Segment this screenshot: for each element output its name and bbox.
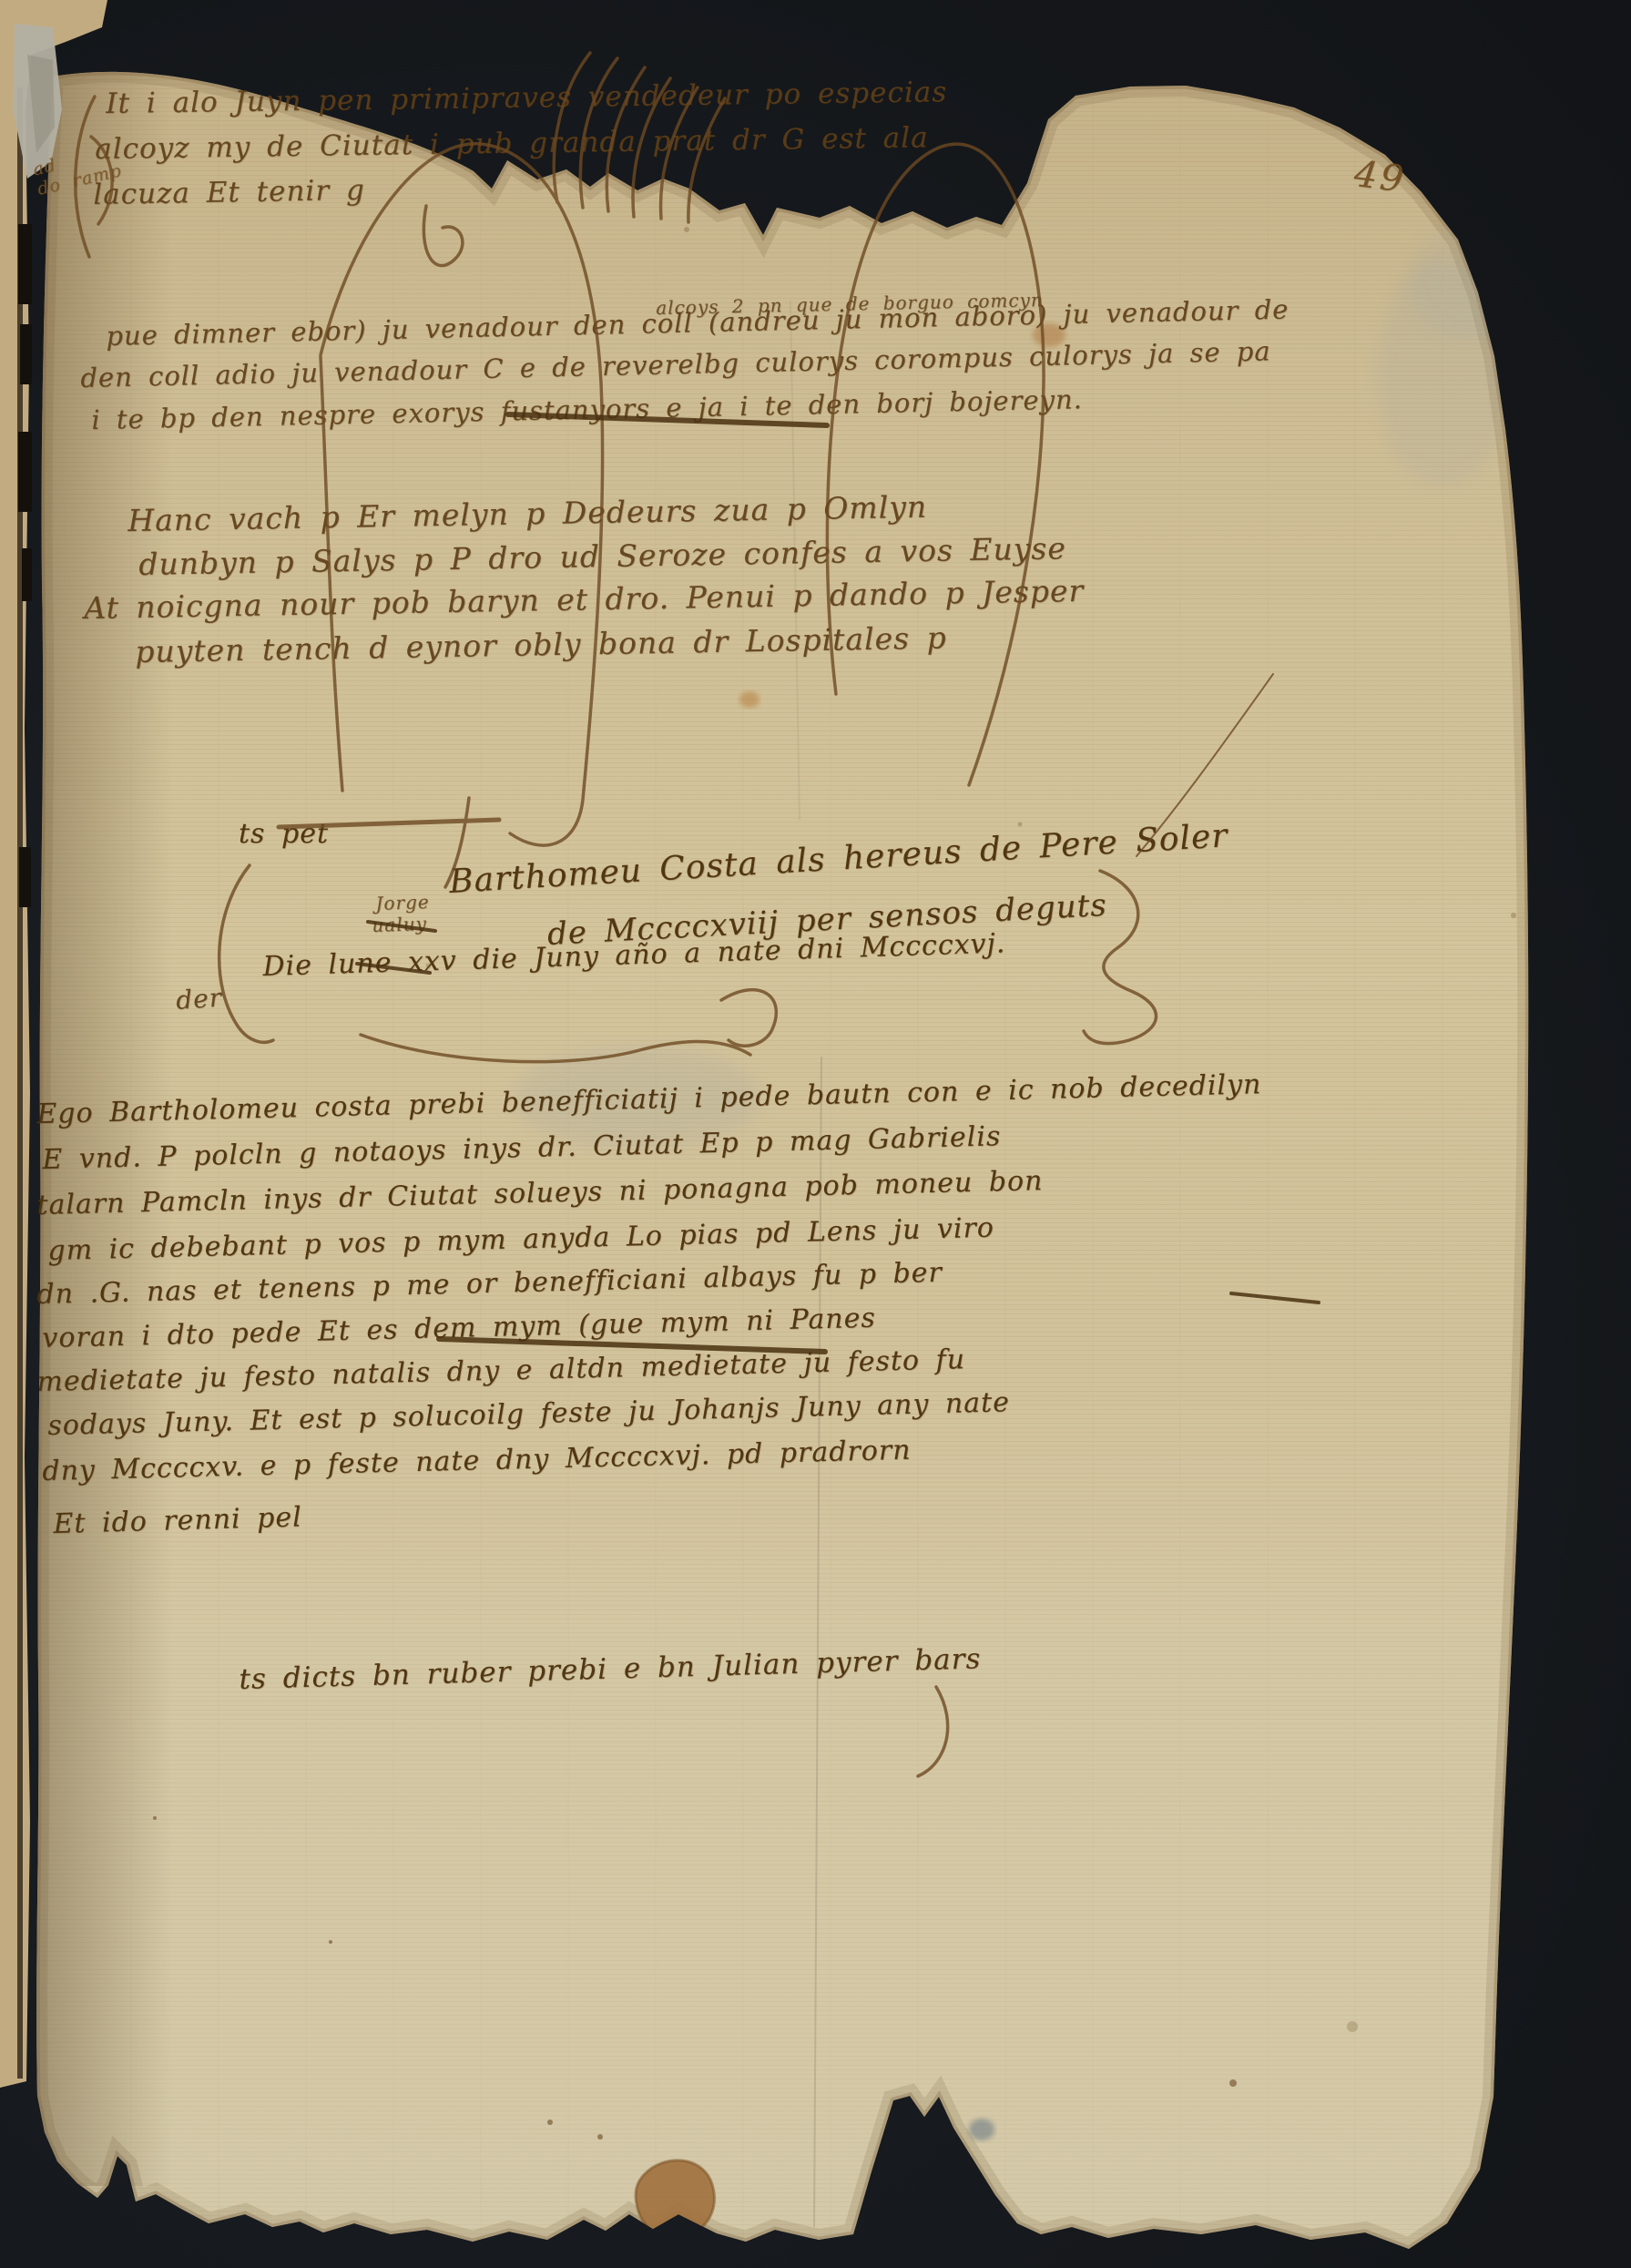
entry-label: ts pet <box>239 818 329 850</box>
ms-line-p1-3: lacuza Et tenir g <box>93 174 365 211</box>
ms-line-p2-3: i te bp den nespre exorys fustanyors e j… <box>91 383 1083 435</box>
ms-line-p4-2: E vnd. P polcln g notaoys inys dr. Ciuta… <box>42 1120 1002 1176</box>
entry-left-word: der <box>175 982 223 1015</box>
ms-line-p4-9: dny Mccccxv. e p feste nate dny Mccccxvj… <box>42 1435 912 1487</box>
ms-line-p1-2: alcoyz my de Ciutat i pub granda prat dr… <box>95 121 929 166</box>
ms-line-p4-10: Et ido renni pel <box>53 1501 302 1540</box>
manuscript-photo: 49 ad do ramp It i alo Juyn pen primipra… <box>0 0 1631 2268</box>
entry-cancelled-word: ualuy <box>372 913 427 936</box>
ms-line-p4-5: dn .G. nas et tenens p me or beneffician… <box>36 1257 943 1311</box>
ms-line-p3-4: puyten tench d eynor obly bona dr Lospit… <box>135 619 947 669</box>
folio-number: 49 <box>1351 153 1408 201</box>
ms-line-p4-7: medietate ju festo natalis dny e altdn m… <box>36 1343 965 1398</box>
ms-line-p3-3: At noicgna nour pob baryn et dro. Penui … <box>84 573 1085 626</box>
ms-line-p3-2: dunbyn p Salys p P dro ud Seroze confes … <box>138 530 1066 582</box>
ms-line-p1-1: It i alo Juyn pen primipraves vendedeur … <box>106 76 947 120</box>
entry-name-line: Barthomeu Costa als hereus de Pere Soler <box>448 817 1229 901</box>
ms-line-p4-8: sodays Juny. Et est p solucoilg feste ju… <box>47 1386 1010 1442</box>
ms-line-p4-1: Ego Bartholomeu costa prebi benefficiati… <box>36 1068 1262 1130</box>
ms-line-p4-6: voran i dto pede Et es dem mym (gue mym … <box>42 1303 876 1354</box>
ms-line-closing: ts dicts bn ruber prebi e bn Julian pyre… <box>239 1642 982 1696</box>
entry-inserted-word: Jorge <box>375 891 430 914</box>
ms-line-p4-3: talarn Pamcln inys dr Ciutat solueys ni … <box>36 1165 1044 1221</box>
handwriting-layer: 49 ad do ramp It i alo Juyn pen primipra… <box>0 0 1631 2268</box>
ms-line-p3-1: Hanc vach p Er melyn p Dedeurs zua p Oml… <box>127 489 927 538</box>
